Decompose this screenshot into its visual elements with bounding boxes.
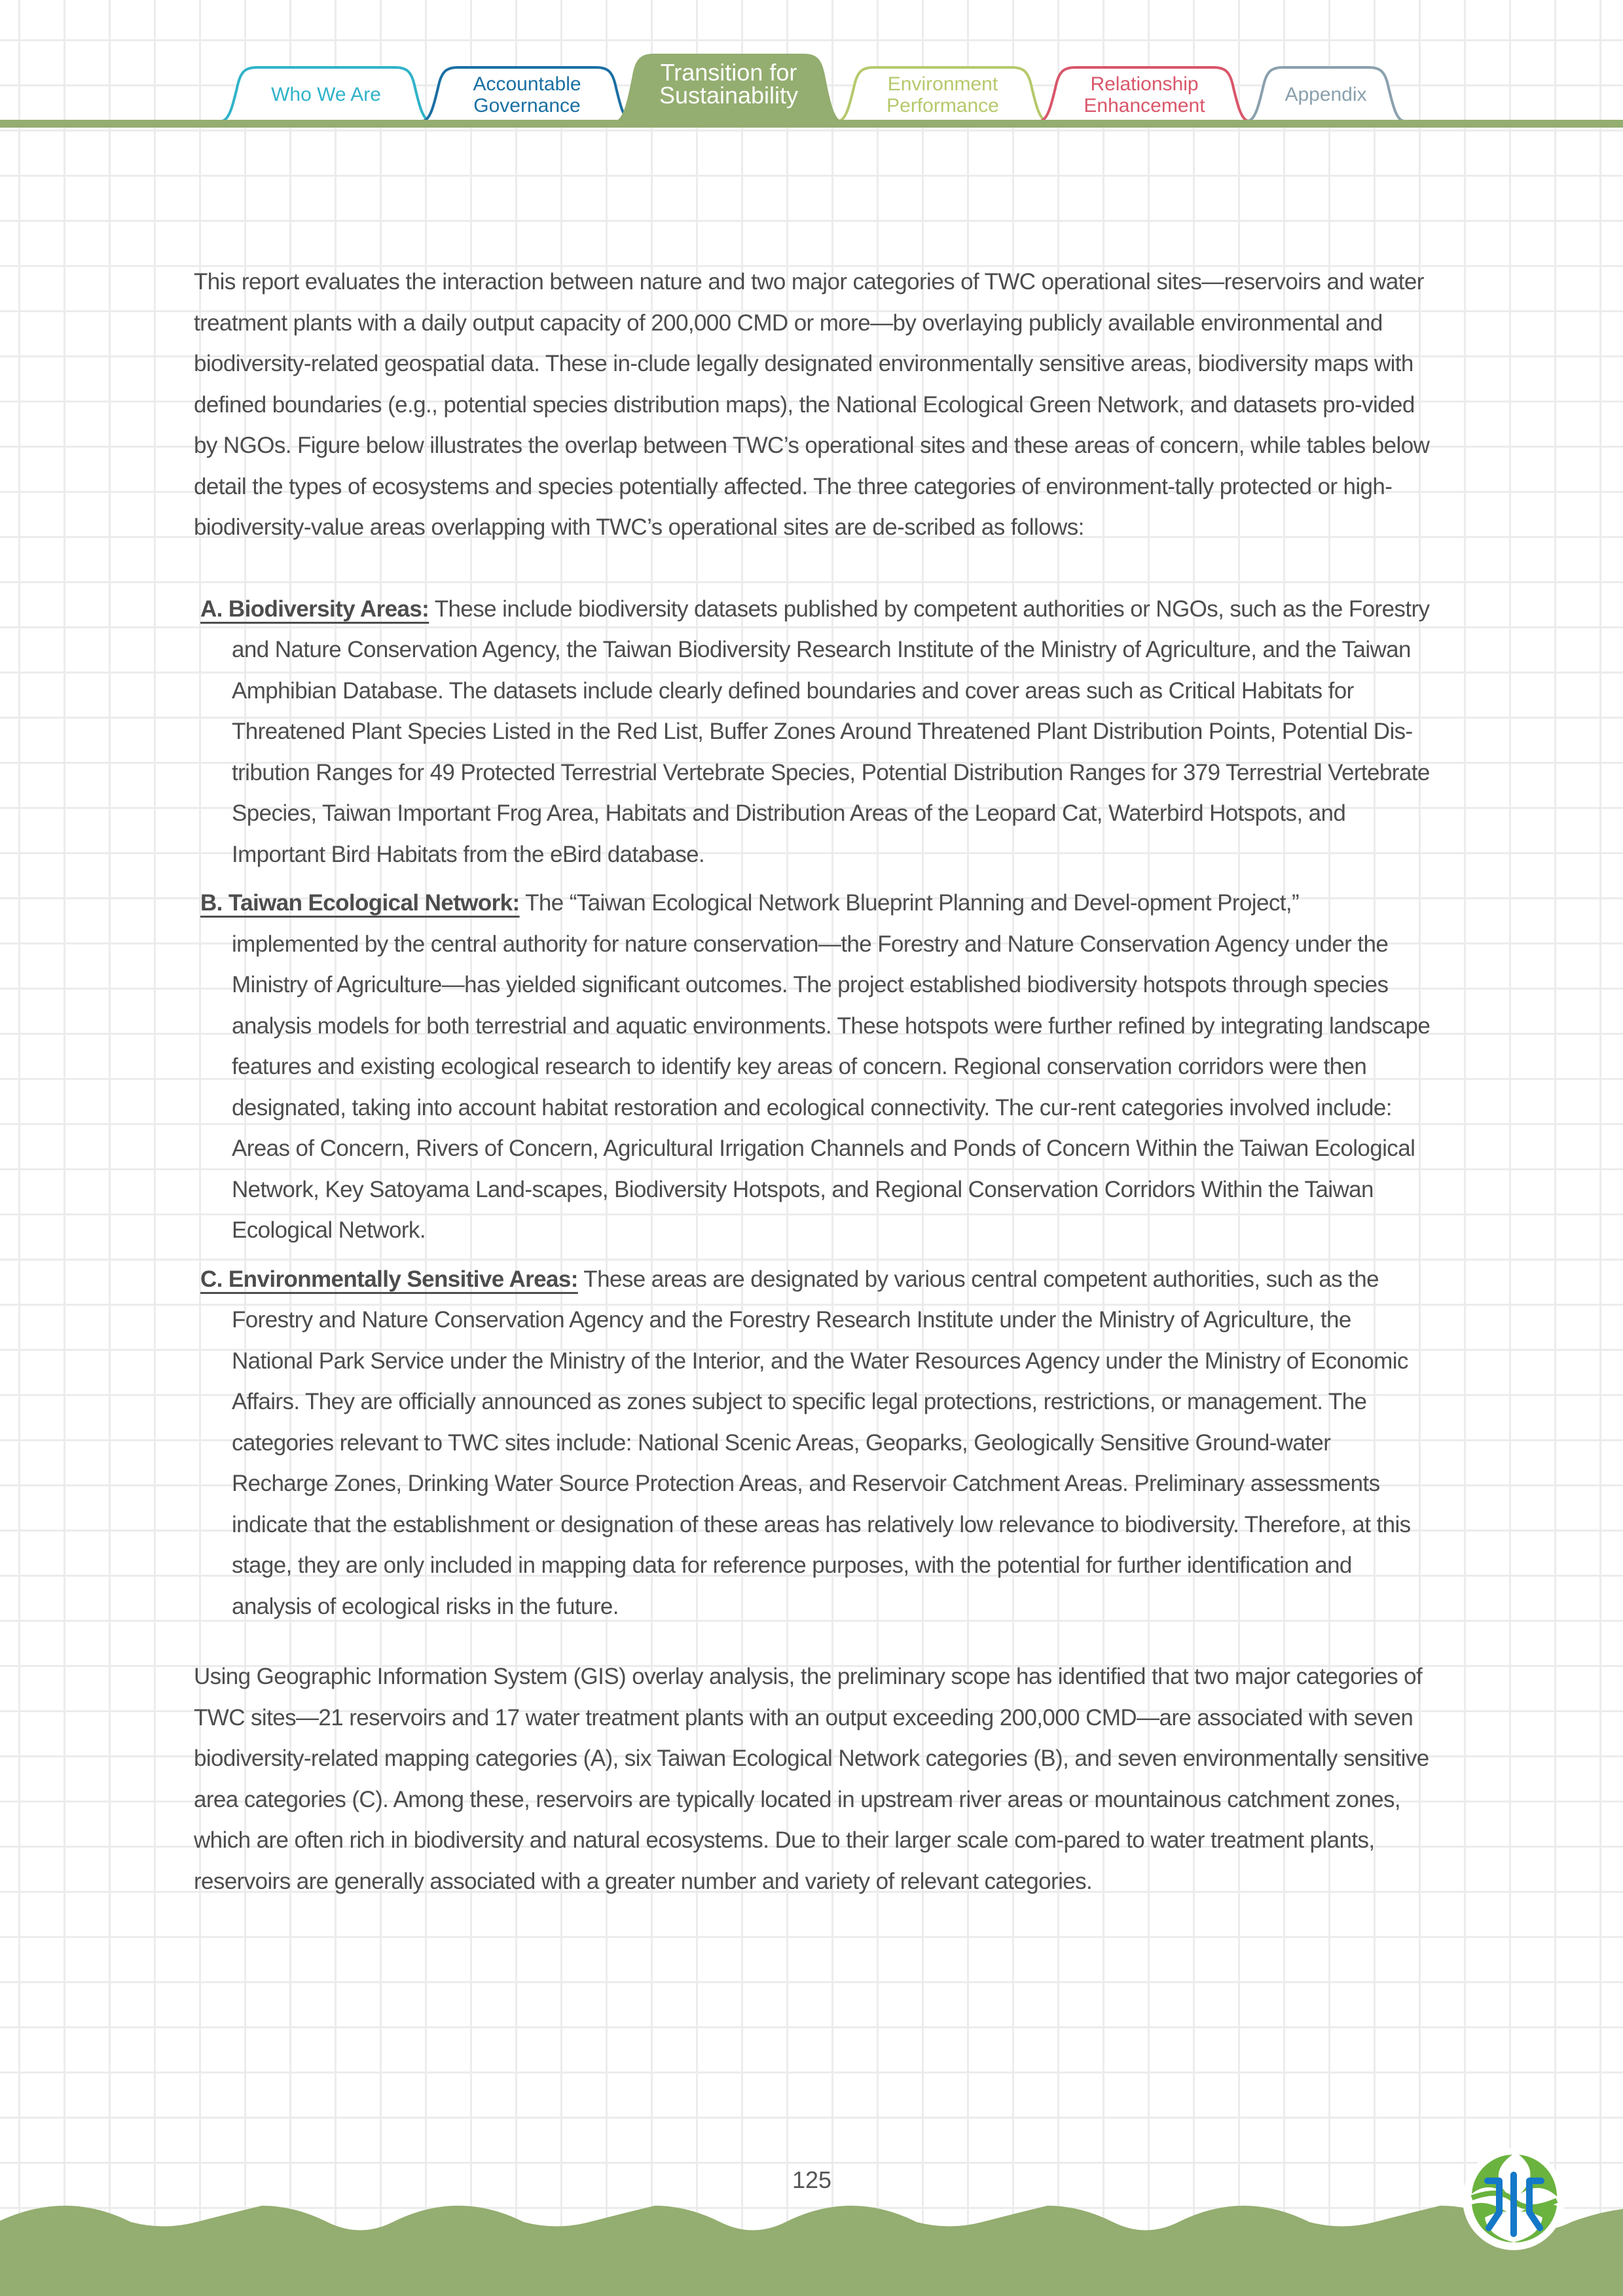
twc-water-logo-icon [1461,2147,1566,2251]
tab-label: AccountableGovernance [473,71,581,117]
list-item-text: These areas are designated by various ce… [232,1266,1411,1619]
list-item-heading: A. Biodiversity Areas: [200,596,429,622]
tab-environment-performance[interactable]: EnvironmentPerformance [838,65,1048,121]
closing-paragraph: Using Geographic Information System (GIS… [194,1657,1431,1902]
footer-wave-decoration [0,2199,1623,2296]
chapter-navigation: Who We Are AccountableGovernance Transit… [0,0,1623,131]
tab-label: EnvironmentPerformance [886,71,999,117]
list-item-text: The “Taiwan Ecological Network Blueprint… [232,890,1430,1243]
tab-label: Appendix [1285,81,1366,105]
list-item-heading: C. Environmentally Sensitive Areas: [200,1266,578,1292]
intro-paragraph: This report evaluates the interaction be… [194,262,1431,548]
tab-who-we-are[interactable]: Who We Are [221,65,431,121]
tab-accountable-governance[interactable]: AccountableGovernance [422,65,632,121]
list-item-text: These include biodiversity datasets publ… [232,596,1430,867]
list-item-taiwan-ecological-network: B. Taiwan Ecological Network: The “Taiwa… [194,883,1431,1251]
tab-label: Transition forSustainability [659,61,798,107]
tab-label: RelationshipEnhancement [1084,71,1205,117]
tab-relationship-enhancement[interactable]: RelationshipEnhancement [1040,65,1249,121]
tab-label: Who We Are [271,81,381,105]
list-item-heading: B. Taiwan Ecological Network: [200,890,520,916]
page-number: 125 [789,2166,835,2194]
header-divider-bar [0,120,1623,128]
main-content: This report evaluates the interaction be… [194,262,1431,1902]
list-item-biodiversity-areas: A. Biodiversity Areas: These include bio… [194,589,1431,876]
list-item-environmentally-sensitive-areas: C. Environmentally Sensitive Areas: Thes… [194,1259,1431,1628]
tab-transition-for-sustainability[interactable]: Transition forSustainability [614,52,843,121]
tab-appendix[interactable]: Appendix [1247,65,1404,121]
